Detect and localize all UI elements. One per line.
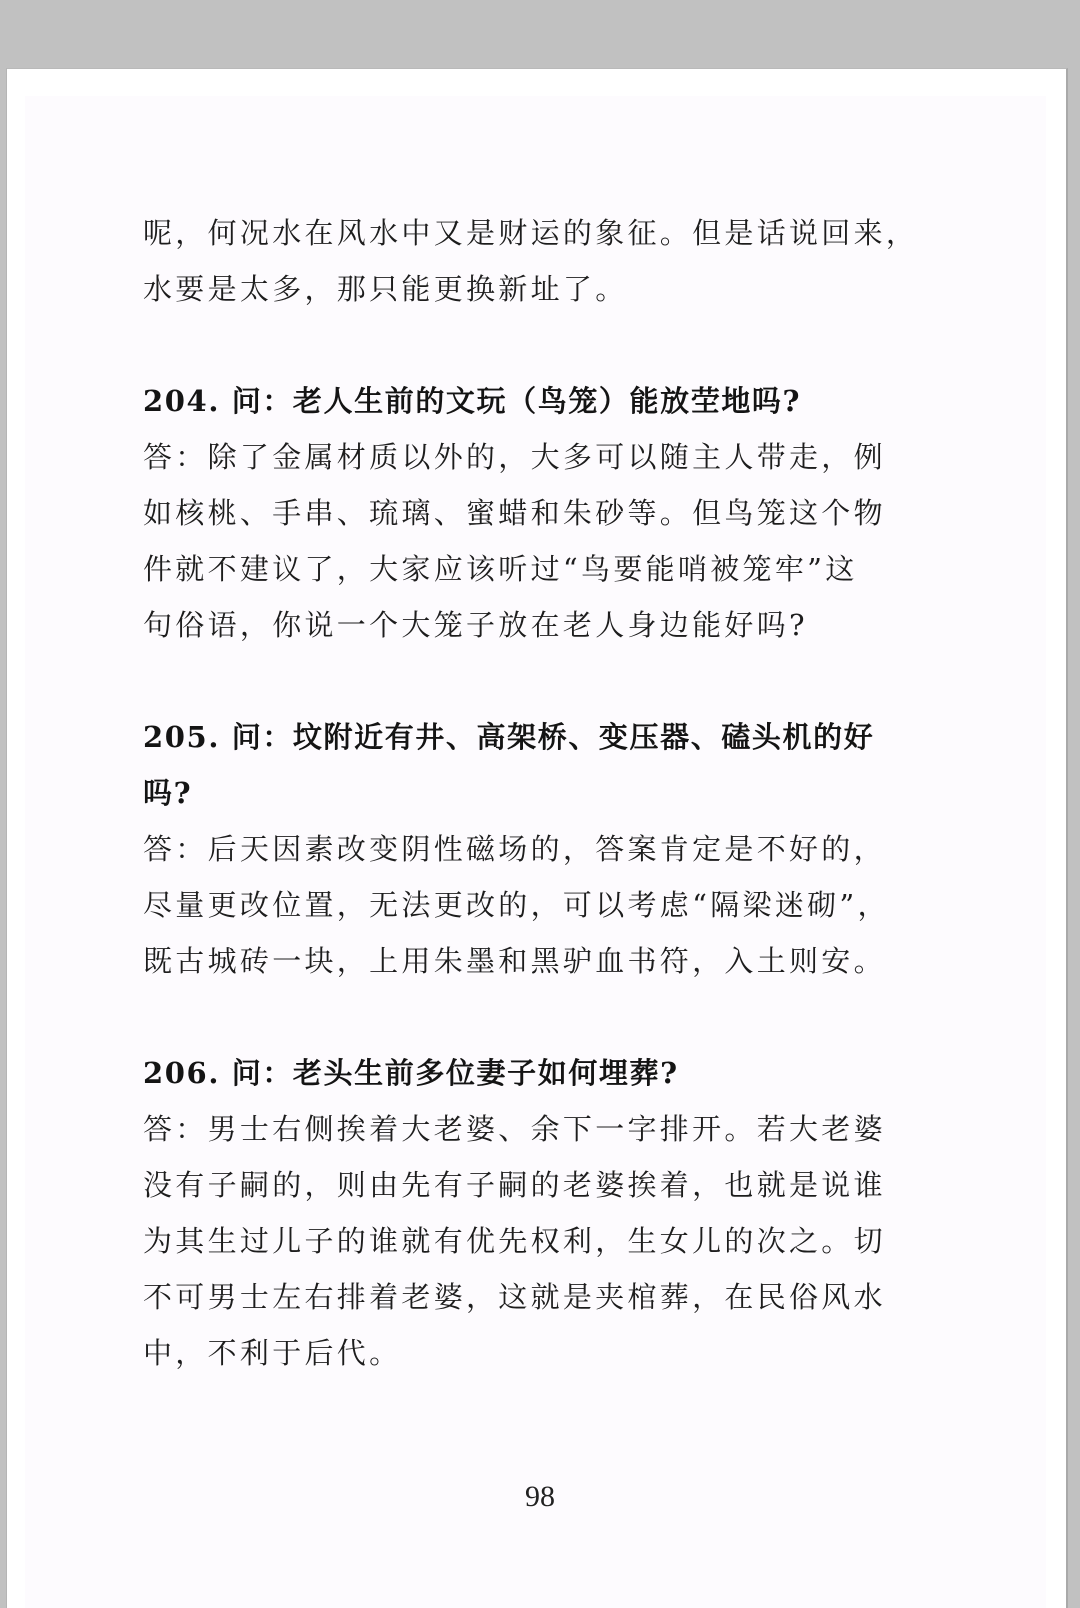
continuation-line: 水要是太多，那只能更换新址了。: [143, 261, 893, 317]
paragraph-gap: [143, 653, 893, 709]
question-heading: 204. 问：老人生前的文玩（鸟笼）能放茔地吗?: [143, 373, 893, 429]
answer-line: 答：除了金属材质以外的，大多可以随主人带走，例: [143, 429, 893, 485]
qa-entry-205: 205. 问：坟附近有井、高架桥、变压器、磕头机的好 吗? 答：后天因素改变阴性…: [143, 709, 893, 989]
answer-line: 既古城砖一块，上用朱墨和黑驴血书符，入土则安。: [143, 933, 893, 989]
paragraph-gap: [143, 989, 893, 1045]
answer-line: 答：后天因素改变阴性磁场的，答案肯定是不好的，: [143, 821, 893, 877]
qa-entry-204: 204. 问：老人生前的文玩（鸟笼）能放茔地吗? 答：除了金属材质以外的，大多可…: [143, 373, 893, 653]
qa-entry-206: 206. 问：老头生前多位妻子如何埋葬? 答：男士右侧挨着大老婆、余下一字排开。…: [143, 1045, 893, 1381]
answer-line: 尽量更改位置，无法更改的，可以考虑“隔梁迷砌”，: [143, 877, 893, 933]
answer-line: 件就不建议了，大家应该听过“鸟要能哨被笼牢”这: [143, 541, 893, 597]
continuation-line: 呢，何况水在风水中又是财运的象征。但是话说回来，: [143, 205, 893, 261]
page-number: 98: [0, 1480, 1080, 1514]
answer-line: 不可男士左右排着老婆，这就是夹棺葬，在民俗风水: [143, 1269, 893, 1325]
answer-line: 为其生过儿子的谁就有优先权利，生女儿的次之。切: [143, 1213, 893, 1269]
answer-line: 如核桃、手串、琉璃、蜜蜡和朱砂等。但鸟笼这个物: [143, 485, 893, 541]
answer-line: 中，不利于后代。: [143, 1325, 893, 1381]
page-content: 呢，何况水在风水中又是财运的象征。但是话说回来， 水要是太多，那只能更换新址了。…: [143, 205, 893, 1381]
answer-line: 答：男士右侧挨着大老婆、余下一字排开。若大老婆: [143, 1101, 893, 1157]
question-heading: 206. 问：老头生前多位妻子如何埋葬?: [143, 1045, 893, 1101]
question-heading: 吗?: [143, 765, 893, 821]
paragraph-gap: [143, 317, 893, 373]
answer-line: 没有子嗣的，则由先有子嗣的老婆挨着，也就是说谁: [143, 1157, 893, 1213]
question-heading: 205. 问：坟附近有井、高架桥、变压器、磕头机的好: [143, 709, 893, 765]
answer-line: 句俗语，你说一个大笼子放在老人身边能好吗?: [143, 597, 893, 653]
